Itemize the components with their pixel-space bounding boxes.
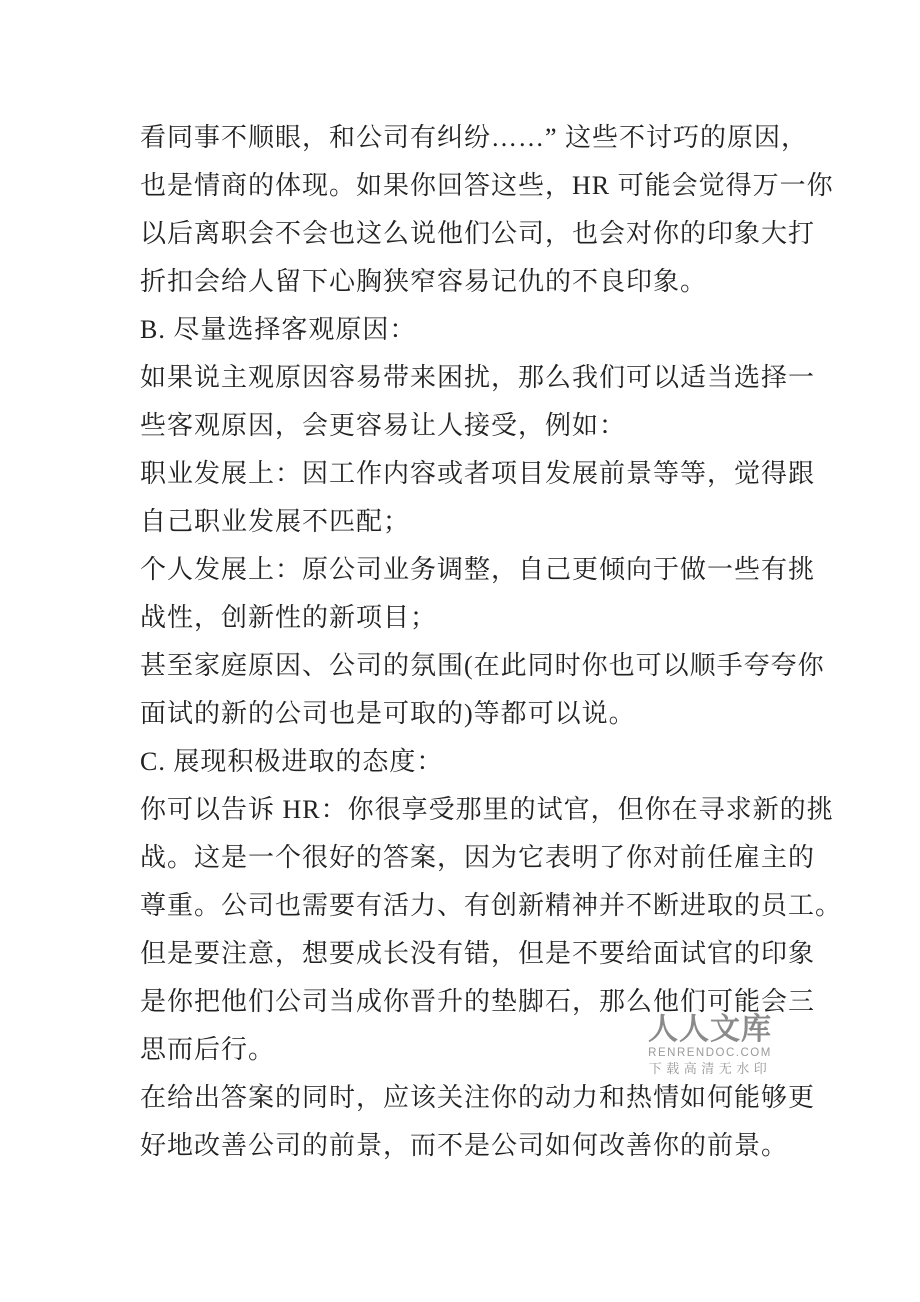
paragraph: 个人发展上：原公司业务调整，自己更倾向于做一些有挑 战性，创新性的新项目； xyxy=(140,546,820,642)
watermark-domain: RENRENDOC.COM xyxy=(646,1046,774,1060)
document-body: 看同事不顺眼，和公司有纠纷……” 这些不讨巧的原因， 也是情商的体现。如果你回答… xyxy=(140,114,820,1170)
paragraph-heading-c: C. 展现积极进取的态度： xyxy=(140,738,820,786)
text-line: 在给出答案的同时，应该关注你的动力和热情如何能够更 xyxy=(140,1074,820,1122)
text-line: 个人发展上：原公司业务调整，自己更倾向于做一些有挑 xyxy=(140,546,820,594)
paragraph: 如果说主观原因容易带来困扰，那么我们可以适当选择一 些客观原因，会更容易让人接受… xyxy=(140,354,820,450)
text-line: B. 尽量选择客观原因： xyxy=(140,306,820,354)
text-line: 也是情商的体现。如果你回答这些，HR 可能会觉得万一你 xyxy=(140,162,820,210)
text-line: 面试的新的公司也是可取的)等都可以说。 xyxy=(140,690,820,738)
text-line: 以后离职会不会也这么说他们公司，也会对你的印象大打 xyxy=(140,210,820,258)
text-line: 但是要注意，想要成长没有错，但是不要给面试官的印象 xyxy=(140,930,820,978)
text-line: 甚至家庭原因、公司的氛围(在此同时你也可以顺手夸夸你 xyxy=(140,642,820,690)
watermark-brand-logo: 人人文库 xyxy=(646,1014,774,1046)
text-line: 自己职业发展不匹配； xyxy=(140,498,820,546)
paragraph: 职业发展上：因工作内容或者项目发展前景等等，觉得跟 自己职业发展不匹配； xyxy=(140,450,820,546)
text-line: 好地改善公司的前景，而不是公司如何改善你的前景。 xyxy=(140,1122,820,1170)
text-line: C. 展现积极进取的态度： xyxy=(140,738,820,786)
watermark: 人人文库 RENRENDOC.COM 下载高清无水印 xyxy=(646,1014,774,1077)
document-page: { "page": { "width": 920, "height": 1302… xyxy=(0,0,920,1302)
paragraph-heading-b: B. 尽量选择客观原因： xyxy=(140,306,820,354)
paragraph: 甚至家庭原因、公司的氛围(在此同时你也可以顺手夸夸你 面试的新的公司也是可取的)… xyxy=(140,642,820,738)
text-line: 尊重。公司也需要有活力、有创新精神并不断进取的员工。 xyxy=(140,882,820,930)
text-line: 战。这是一个很好的答案，因为它表明了你对前任雇主的 xyxy=(140,834,820,882)
text-line: 战性，创新性的新项目； xyxy=(140,594,820,642)
text-line: 折扣会给人留下心胸狭窄容易记仇的不良印象。 xyxy=(140,258,820,306)
text-line: 你可以告诉 HR：你很享受那里的试官，但你在寻求新的挑 xyxy=(140,786,820,834)
paragraph: 看同事不顺眼，和公司有纠纷……” 这些不讨巧的原因， 也是情商的体现。如果你回答… xyxy=(140,114,820,306)
text-line: 职业发展上：因工作内容或者项目发展前景等等，觉得跟 xyxy=(140,450,820,498)
text-line: 些客观原因，会更容易让人接受，例如： xyxy=(140,402,820,450)
paragraph: 在给出答案的同时，应该关注你的动力和热情如何能够更 好地改善公司的前景，而不是公… xyxy=(140,1074,820,1170)
watermark-tagline: 下载高清无水印 xyxy=(646,1060,774,1077)
text-line: 如果说主观原因容易带来困扰，那么我们可以适当选择一 xyxy=(140,354,820,402)
text-line: 看同事不顺眼，和公司有纠纷……” 这些不讨巧的原因， xyxy=(140,114,820,162)
